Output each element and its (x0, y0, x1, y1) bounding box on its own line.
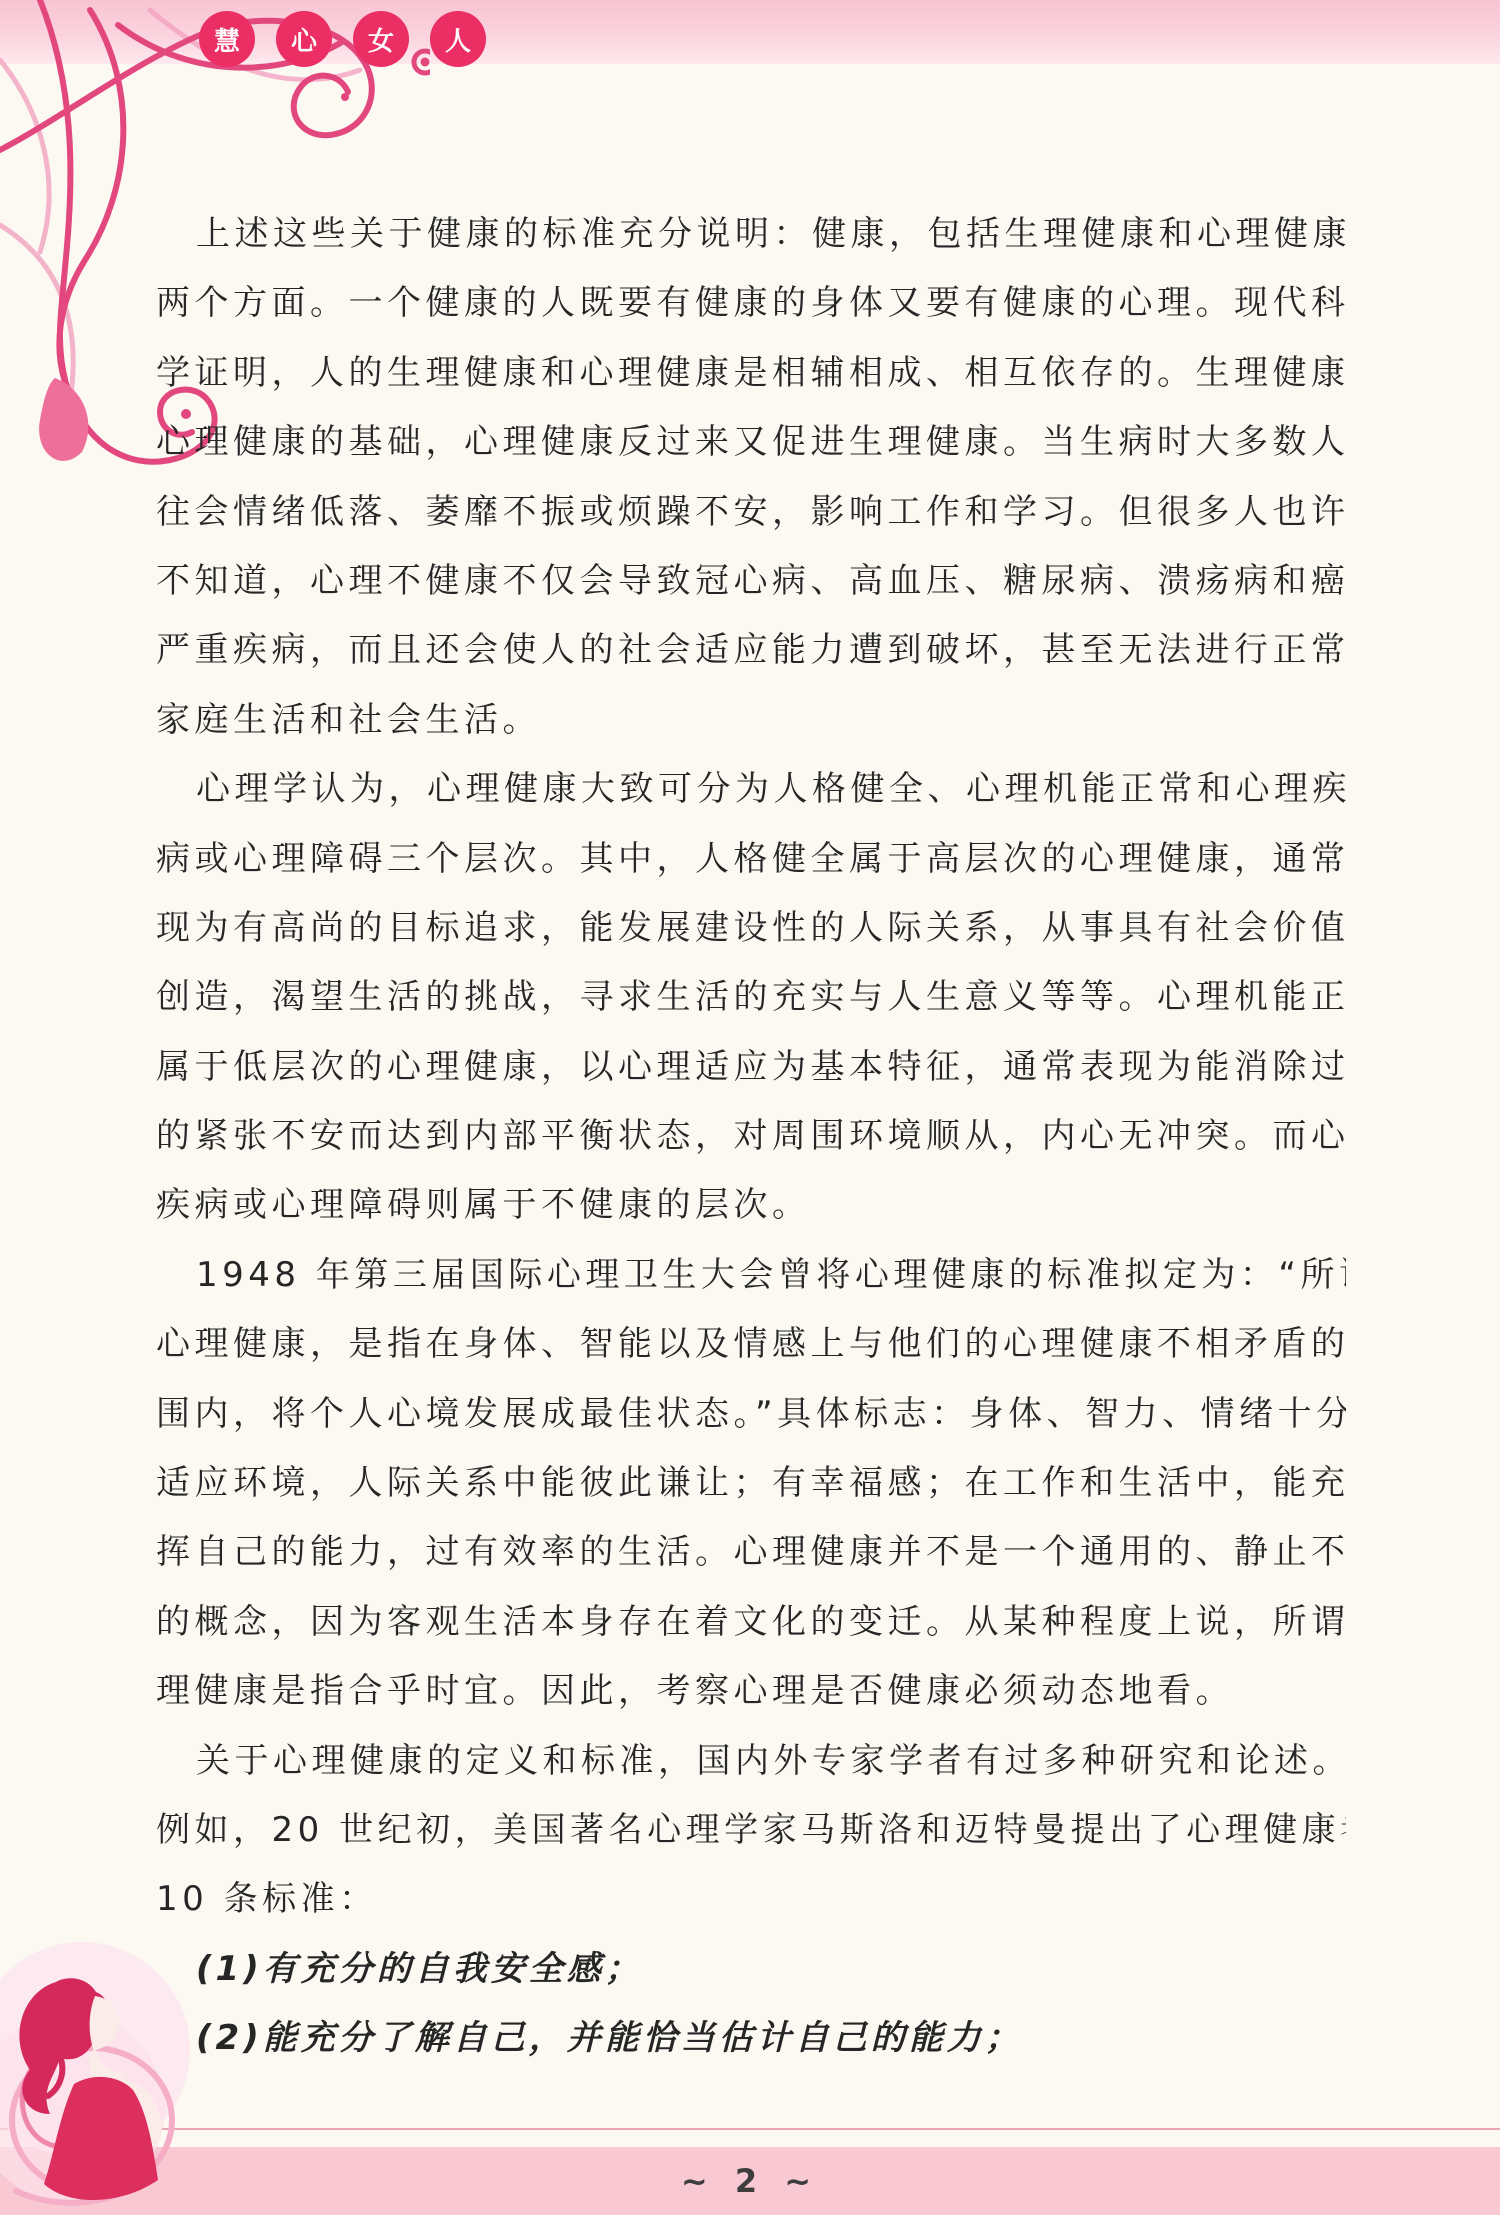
text-line: 家庭生活和社会生活。 (156, 686, 1346, 755)
text-line: 心理健康，是指在身体、智能以及情感上与他们的心理健康不相矛盾的范 (156, 1310, 1346, 1379)
title-badge: 慧 (199, 11, 255, 67)
text-line: 围内，将个人心境发展成最佳状态。”具体标志：身体、智力、情绪十分调和； (156, 1380, 1346, 1449)
text-line: 两个方面。一个健康的人既要有健康的身体又要有健康的心理。现代科 (156, 269, 1346, 338)
footer-band: ~ 2 ~ (0, 2147, 1500, 2215)
text-line: 现为有高尚的目标追求，能发展建设性的人际关系，从事具有社会价值的 (156, 894, 1346, 963)
text-line: (2)能充分了解自己，并能恰当估计自己的能力； (156, 2004, 1346, 2073)
text-line: 挥自己的能力，过有效率的生活。心理健康并不是一个通用的、静止不变 (156, 1518, 1346, 1587)
text-line: 关于心理健康的定义和标准，国内外专家学者有过多种研究和论述。 (156, 1727, 1346, 1796)
footer-divider (0, 2128, 1500, 2130)
text-line: 创造，渴望生活的挑战，寻求生活的充实与人生意义等等。心理机能正常 (156, 963, 1346, 1032)
text-line: 属于低层次的心理健康，以心理适应为基本特征，通常表现为能消除过度 (156, 1033, 1346, 1102)
text-line: 不知道，心理不健康不仅会导致冠心病、高血压、糖尿病、溃疡病和癌症等 (156, 547, 1346, 616)
page-body-text: 上述这些关于健康的标准充分说明：健康，包括生理健康和心理健康两个方面。一个健康的… (156, 200, 1346, 2074)
text-line: 例如，20 世纪初，美国著名心理学家马斯洛和迈特曼提出了心理健康者的 (156, 1796, 1346, 1865)
text-line: 1948 年第三届国际心理卫生大会曾将心理健康的标准拟定为：“所谓 (156, 1241, 1346, 1310)
title-badge: 人 (430, 11, 486, 67)
text-line: 疾病或心理障碍则属于不健康的层次。 (156, 1171, 1346, 1240)
text-line: 往会情绪低落、萎靡不振或烦躁不安，影响工作和学习。但很多人也许并 (156, 478, 1346, 547)
text-line: 的概念，因为客观生活本身存在着文化的变迁。从某种程度上说，所谓心 (156, 1588, 1346, 1657)
book-page: 慧心女人 上述这些关于健康的标准充分说明：健康，包括生理健康和心理健康两个方面。… (0, 0, 1500, 2215)
page-number: ~ 2 ~ (681, 2162, 819, 2200)
text-line: 心理健康的基础，心理健康反过来又促进生理健康。当生病时大多数人往 (156, 408, 1346, 477)
text-line: 10 条标准： (156, 1865, 1346, 1934)
text-line: 的紧张不安而达到内部平衡状态，对周围环境顺从，内心无冲突。而心理 (156, 1102, 1346, 1171)
text-line: 适应环境，人际关系中能彼此谦让；有幸福感；在工作和生活中，能充分发 (156, 1449, 1346, 1518)
title-badge: 心 (276, 11, 332, 67)
text-line: 理健康是指合乎时宜。因此，考察心理是否健康必须动态地看。 (156, 1657, 1346, 1726)
text-line: 学证明，人的生理健康和心理健康是相辅相成、相互依存的。生理健康是 (156, 339, 1346, 408)
text-line: 上述这些关于健康的标准充分说明：健康，包括生理健康和心理健康 (156, 200, 1346, 269)
title-badge: 女 (353, 11, 409, 67)
text-line: 严重疾病，而且还会使人的社会适应能力遭到破坏，甚至无法进行正常的 (156, 616, 1346, 685)
text-line: 心理学认为，心理健康大致可分为人格健全、心理机能正常和心理疾 (156, 755, 1346, 824)
text-line: 病或心理障碍三个层次。其中，人格健全属于高层次的心理健康，通常表 (156, 825, 1346, 894)
page-title: 慧心女人 (199, 11, 486, 67)
text-line: (1)有充分的自我安全感； (156, 1935, 1346, 2004)
